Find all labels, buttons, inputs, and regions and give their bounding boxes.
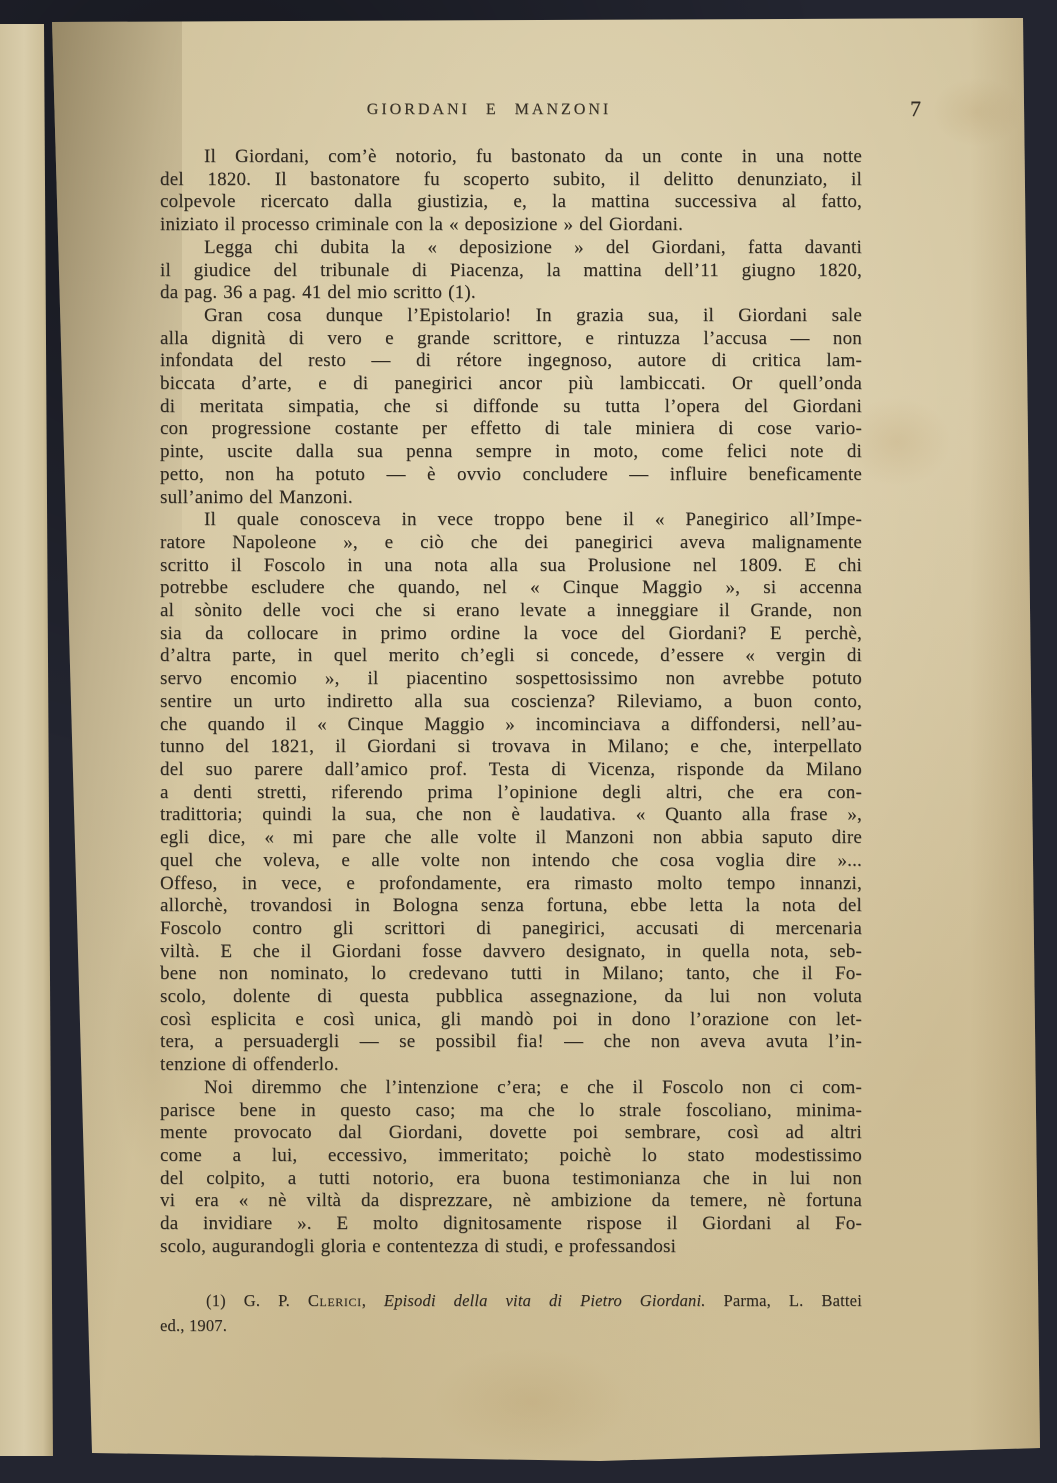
text-line: sentire un urto indiretto alla sua cosci…	[160, 691, 862, 714]
text-line: tenzione di offenderlo.	[160, 1054, 862, 1077]
text-line: tera, a persuadergli — se possibil fia! …	[160, 1031, 862, 1054]
text-line: con progressione costante per effetto di…	[160, 418, 862, 441]
text-line: da pag. 36 a pag. 41 del mio scritto (1)…	[160, 282, 862, 305]
running-header: GIORDANI E MANZONI	[138, 101, 840, 119]
text-line: del suo parere dall’amico prof. Testa di…	[160, 759, 862, 782]
text-line: come a lui, eccessivo, immeritato; poich…	[160, 1145, 862, 1168]
text-line: tradittoria; quindi la sua, che non è la…	[160, 804, 862, 827]
text-line: petto, non ha potuto — è ovvio concluder…	[160, 464, 862, 487]
text-line: pinte, uscite dalla sua penna sempre in …	[160, 441, 862, 464]
text-line: Legga chi dubita la « deposizione » del …	[160, 237, 862, 260]
text-line: iniziato il processo criminale con la « …	[160, 214, 862, 237]
text-line: che quando il « Cinque Maggio » incominc…	[160, 714, 862, 737]
text-line: Noi diremmo che l’intenzione c’era; e ch…	[160, 1077, 862, 1100]
footnote-author: Clerici	[308, 1291, 362, 1310]
footnote-reference: (1) G. P.	[206, 1291, 308, 1310]
text-line: biccata d’arte, e di panegirici ancor pi…	[160, 373, 862, 396]
text-line: scolo, dolente di questa pubblica assegn…	[160, 986, 862, 1009]
body-text: Il Giordani, com’è notorio, fu bastonato…	[160, 146, 862, 1258]
text-line: di meritata simpatia, che si diffonde su…	[160, 396, 862, 419]
footnote-separator: ,	[362, 1291, 384, 1310]
text-line: viltà. E che il Giordani fosse davvero d…	[160, 941, 862, 964]
text-line: scolo, augurandogli gloria e contentezza…	[160, 1236, 862, 1259]
text-line: Il Giordani, com’è notorio, fu bastonato…	[160, 146, 862, 169]
page-stain	[932, 77, 1022, 147]
text-line: tunno del 1821, il Giordani si trovava i…	[160, 736, 862, 759]
text-line: potrebbe escludere che quando, nel « Cin…	[160, 577, 862, 600]
text-line: d’altra parte, in quel merito ch’egli si…	[160, 645, 862, 668]
footnote-work-title: Episodi della vita di Pietro Giordani.	[384, 1291, 706, 1310]
text-line: sia da collocare in primo ordine la voce…	[160, 623, 862, 646]
text-line: parisce bene in questo caso; ma che lo s…	[160, 1100, 862, 1123]
page-stain	[432, 1347, 632, 1457]
text-line: allorchè, trovandosi in Bologna senza fo…	[160, 895, 862, 918]
text-line: servo encomio », il piacentino sospettos…	[160, 668, 862, 691]
text-line: alla dignità di vero e grande scrittore,…	[160, 328, 862, 351]
text-line: ratore Napoleone », e ciò che dei panegi…	[160, 532, 862, 555]
text-line: del colpito, a tutti notorio, era buona …	[160, 1168, 862, 1191]
text-line: Il quale conosceva in vece troppo bene i…	[160, 509, 862, 532]
text-line: Foscolo contro gli scrittori di panegiri…	[160, 918, 862, 941]
previous-page-edge	[0, 24, 54, 1456]
text-line: sull’animo del Manzoni.	[160, 487, 862, 510]
text-line: colpevole ricercato dalla giustizia, e, …	[160, 191, 862, 214]
text-line: mente provocato dal Giordani, dovette po…	[160, 1122, 862, 1145]
text-line: da invidiare ». E molto dignitosamente r…	[160, 1213, 862, 1236]
text-line: il giudice del tribunale di Piacenza, la…	[160, 260, 862, 283]
footnote-line: ed., 1907.	[160, 1313, 862, 1338]
text-line: scritto il Foscolo in una nota alla sua …	[160, 555, 862, 578]
text-line: Offeso, in vece, e profondamente, era ri…	[160, 873, 862, 896]
text-line: bene non nominato, lo credevano tutti in…	[160, 963, 862, 986]
text-line: quel che voleva, e alle volte non intend…	[160, 850, 862, 873]
text-line: infondata del resto — di rétore ingegnos…	[160, 350, 862, 373]
text-line: così esplicita e così unica, gli mandò p…	[160, 1009, 862, 1032]
footnote-line: (1) G. P. Clerici, Episodi della vita di…	[160, 1288, 862, 1313]
text-line: al sònito delle voci che si erano levate…	[160, 600, 862, 623]
text-line: egli dice, « mi pare che alle volte il M…	[160, 827, 862, 850]
scan-backdrop: { "scan": { "backdrop_color": "#232530",…	[0, 0, 1057, 1483]
text-line: a denti stretti, riferendo prima l’opini…	[160, 782, 862, 805]
text-line: Gran cosa dunque l’Epistolario! In grazi…	[160, 305, 862, 328]
book-page: GIORDANI E MANZONI 7 Il Giordani, com’è …	[52, 17, 1040, 1463]
text-line: del 1820. Il bastonatore fu scoperto sub…	[160, 169, 862, 192]
footnote-publisher: Parma, L. Battei	[706, 1291, 862, 1310]
footnote: (1) G. P. Clerici, Episodi della vita di…	[160, 1288, 862, 1338]
text-line: vi era « nè viltà da disprezzare, nè amb…	[160, 1190, 862, 1213]
page-number: 7	[910, 96, 921, 122]
